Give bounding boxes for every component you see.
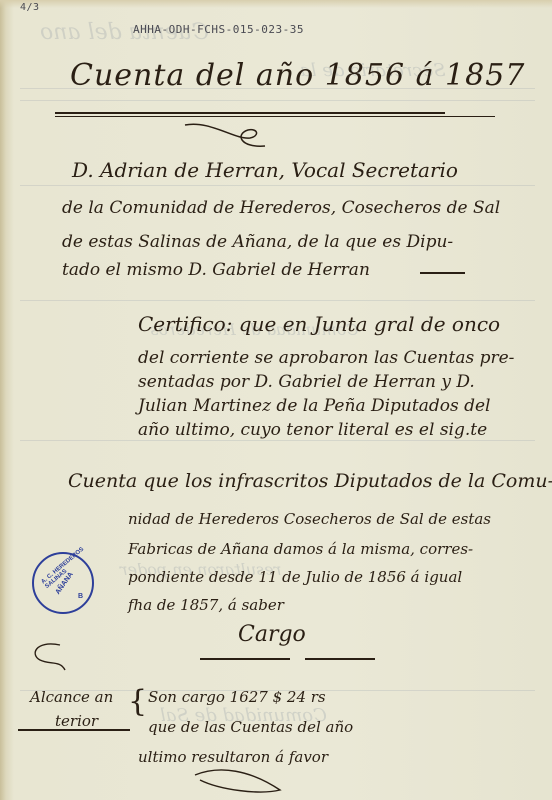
ruled-line [20,440,535,441]
corner-mark: 4/3 [20,2,40,13]
title-underline [55,116,495,117]
line-filler-stroke [420,272,465,274]
page-top-edge [0,0,552,8]
intro-line: de estas Salinas de Añana, de la que es … [62,232,453,252]
margin-label: Alcance an [30,688,113,706]
cargo-line: que de las Cuentas del año [148,718,353,736]
flourish-ornament [180,120,270,155]
margin-underline [18,729,130,731]
cuenta-line: Fabricas de Añana damos á la misma, corr… [128,540,473,558]
title-underline [55,112,445,114]
intro-line: de la Comunidad de Herederos, Cosecheros… [62,198,500,218]
certifico-line: año ultimo, cuyo tenor literal es el sig… [138,420,487,440]
section-heading: Cargo [238,622,306,647]
certifico-line: del corriente se aprobaron las Cuentas p… [138,348,514,368]
cargo-line: Son cargo 1627 $ 24 rs [148,688,326,706]
margin-label: terior [55,712,98,730]
intro-line: D. Adrian de Herran, Vocal Secretario [72,158,458,182]
cuenta-line: pondiente desde 11 de Julio de 1856 á ig… [128,568,462,586]
closing-flourish [190,765,290,800]
certifico-line: sentadas por D. Gabriel de Herran y D. [138,372,475,392]
ruled-line [20,185,535,186]
cargo-line: ultimo resultaron á favor [138,748,328,766]
certifico-line: Certifico: que en Junta gral de onco [138,312,500,336]
manuscript-page: Cuenta del ano Secretario de la Comunida… [0,0,552,800]
margin-flourish [25,640,70,675]
document-title: Cuenta del año 1856 á 1857 [70,58,525,93]
curly-brace: { [128,684,147,719]
cuenta-line: nidad de Herederos Cosecheros de Sal de … [128,510,491,528]
archive-reference: AHHA-ODH-FCHS-015-023-35 [133,23,304,36]
heading-underline [305,658,375,660]
stamp-mark: B [78,593,83,600]
cuenta-line: Cuenta que los infrascritos Diputados de… [68,470,552,492]
intro-line: tado el mismo D. Gabriel de Herran [62,260,370,280]
heading-underline [200,658,290,660]
ruled-line [20,300,535,301]
ruled-line [20,100,535,101]
cuenta-line: fha de 1857, á saber [128,596,284,614]
certifico-line: Julian Martinez de la Peña Diputados del [138,396,490,416]
archive-stamp: A. C. HEREDEROS SALINAS AÑANA B [32,552,94,614]
